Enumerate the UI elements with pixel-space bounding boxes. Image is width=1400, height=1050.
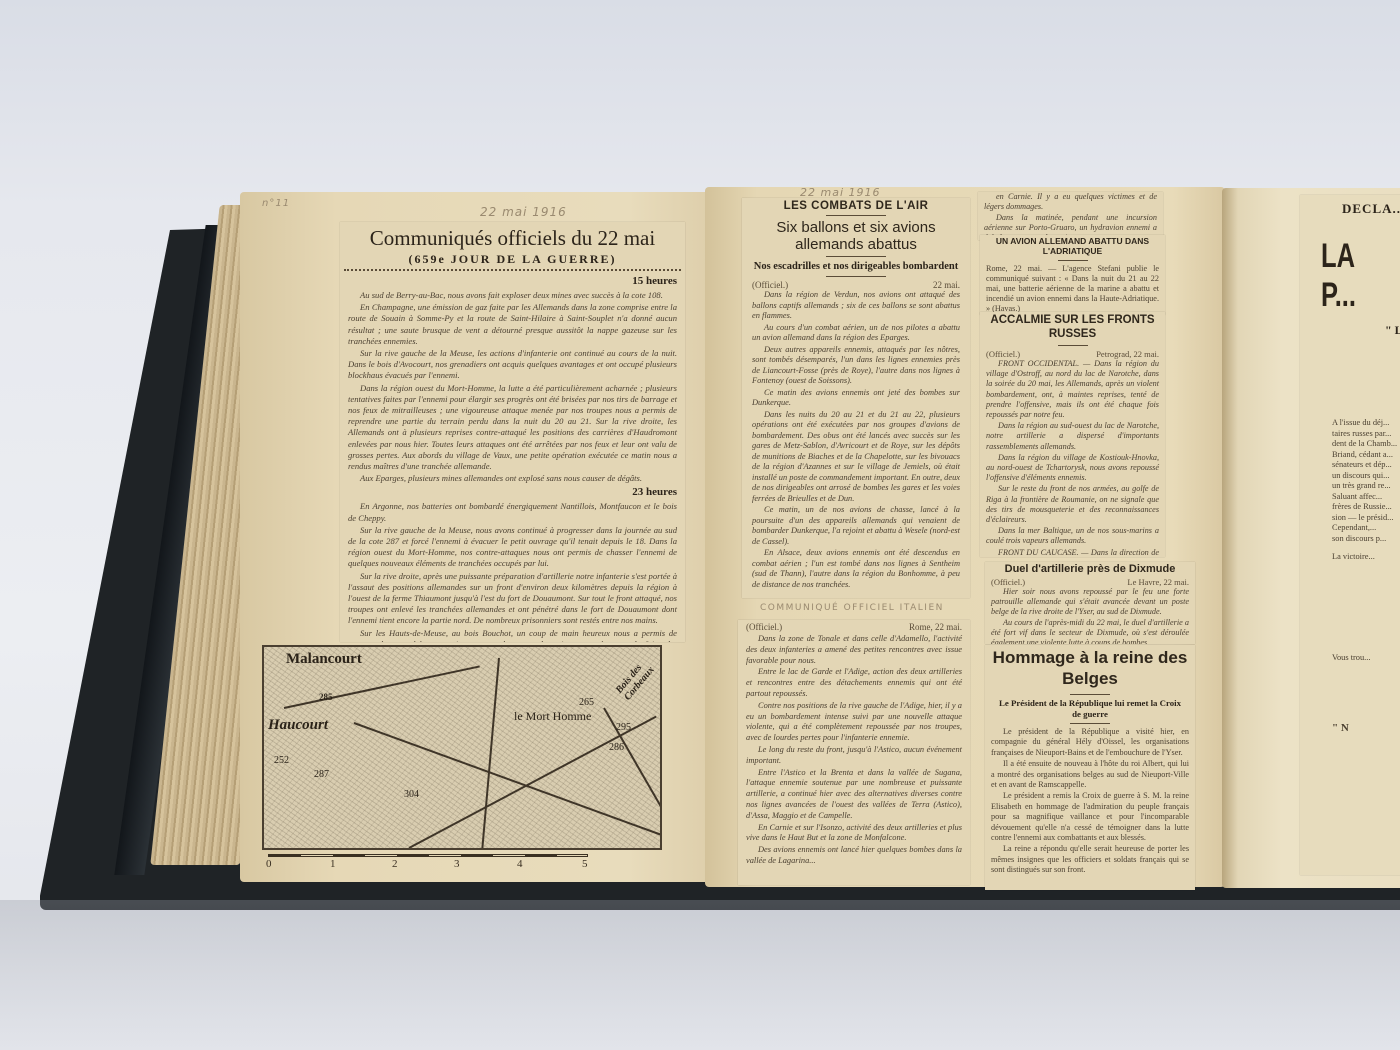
divider	[826, 215, 886, 216]
map-elevation: 295	[616, 722, 631, 733]
divider	[1058, 260, 1088, 261]
article-body: FRONT OCCIDENTAL. — Dans la région du vi…	[980, 359, 1165, 557]
clipping-communiques-officiels: Communiqués officiels du 22 mai (659e JO…	[340, 222, 685, 642]
text-line: " N	[1332, 723, 1400, 734]
map-label-malancourt: Malancourt	[286, 651, 362, 668]
paragraph: Sur le reste du front de nos armées, au …	[986, 484, 1159, 525]
clipping-fragment-top: en Carnie. Il y a eu quelques victimes e…	[978, 192, 1163, 240]
section-15h-body: Au sud de Berry-au-Bac, nous avons fait …	[340, 290, 685, 484]
dateline: (Officiel.) 22 mai.	[742, 280, 970, 290]
map-verdun-sector: Malancourt Haucourt le Mort Homme Bois d…	[262, 645, 662, 850]
headline: Duel d'artillerie près de Dixmude	[985, 562, 1195, 577]
paragraph: Dans la région de Verdun, nos avions ont…	[752, 290, 960, 322]
text-line: Vous trou...	[1332, 653, 1400, 664]
paragraph: Ce matin des avions ennemis ont jeté des…	[752, 388, 960, 409]
text-line: son discours p...	[1332, 534, 1400, 545]
paragraph: Au sud de Berry-au-Bac, nous avons fait …	[348, 290, 677, 301]
scale-tick: 1	[330, 858, 336, 870]
scale-tick: 0	[266, 858, 272, 870]
dateline-date: Petrograd, 22 mai.	[1096, 349, 1159, 359]
paragraph: Ce matin, un de nos avions de chasse, la…	[752, 505, 960, 547]
subheadline: Le Président de la République lui remet …	[985, 698, 1195, 720]
paragraph: Sur la rive gauche de la Meuse, nous avo…	[348, 525, 677, 570]
kicker: LES COMBATS DE L'AIR	[742, 200, 970, 212]
paragraph: Dans la région ouest du Mort-Homme, la l…	[348, 383, 677, 473]
clipping-communique-italien: (Officiel.) Rome, 22 mai. Dans la zone d…	[738, 620, 970, 885]
headline: Hommage à la reine des Belges	[985, 645, 1195, 691]
dateline-date: Le Havre, 22 mai.	[1127, 577, 1189, 587]
divider	[344, 269, 681, 273]
divider	[1070, 723, 1110, 724]
section-time-23h: 23 heures	[340, 486, 677, 498]
dateline: (Officiel.) Le Havre, 22 mai.	[985, 577, 1195, 587]
article-body: Dans la zone de Tonale et dans celle d'A…	[738, 634, 970, 867]
article-body: Hier soir nous avons repoussé par le feu…	[985, 587, 1195, 644]
paragraph: Au cours de l'après-midi du 22 mai, le d…	[991, 618, 1189, 644]
section-time-15h: 15 heures	[340, 275, 677, 287]
paragraph: Sur les Hauts-de-Meuse, au bois Bouchot,…	[348, 628, 677, 642]
clipping-hommage-reine: Hommage à la reine des Belges Le Préside…	[985, 645, 1195, 890]
paragraph: Le président de la République a visité h…	[991, 727, 1189, 758]
text-line: A l'issue du déj...	[1332, 418, 1400, 429]
paragraph: FRONT DU CAUCASE. — Dans la direction de…	[986, 548, 1159, 557]
quote-fragment: " L	[1300, 323, 1400, 338]
scale-tick: 2	[392, 858, 398, 870]
divider	[1058, 345, 1088, 346]
dateline-source: (Officiel.)	[986, 349, 1020, 359]
text-line: sion — le présid...	[1332, 513, 1400, 524]
divider	[826, 256, 886, 257]
text-line: un très grand re...	[1332, 481, 1400, 492]
divider	[826, 276, 886, 277]
map-road	[354, 722, 662, 837]
scrapbook-photo: n°11 22 mai 1916 Communiqués officiels d…	[0, 0, 1400, 1050]
dateline: (Officiel.) Rome, 22 mai.	[738, 620, 970, 634]
clipping-combats-air: LES COMBATS DE L'AIR Six ballons et six …	[742, 198, 970, 598]
paragraph: Dans la zone de Tonale et dans celle d'A…	[746, 634, 962, 666]
dateline: (Officiel.) Petrograd, 22 mai.	[980, 349, 1165, 359]
paragraph: Dans la région au sud-ouest du lac de Na…	[986, 421, 1159, 452]
text-line: Cependant,...	[1332, 523, 1400, 534]
section-23h-body: En Argonne, nos batteries ont bombardé é…	[340, 501, 685, 642]
text-line: La victoire...	[1332, 552, 1400, 563]
paragraph: Dans la région du village de Kostiouk-Hn…	[986, 453, 1159, 484]
paragraph: Entre le lac de Garde et l'Adige, action…	[746, 667, 962, 699]
paragraph: Il a été ensuite de nouveau à l'hôte du …	[991, 759, 1189, 790]
paragraph: Le président a remis la Croix de guerre …	[991, 791, 1189, 843]
map-label-mort-homme: le Mort Homme	[514, 709, 591, 724]
map-elevation: 287	[314, 769, 329, 780]
divider	[1070, 694, 1110, 695]
clipping-declaration: DECLA... LA P... " L A l'issue du déj...…	[1300, 195, 1400, 875]
text-line: dent de la Chamb...	[1332, 439, 1400, 450]
text-line: Briand, cédant a...	[1332, 450, 1400, 461]
paragraph: Hier soir nous avons repoussé par le feu…	[991, 587, 1189, 617]
map-elevation: 265	[579, 697, 594, 708]
map-elevation: 304	[404, 789, 419, 800]
paragraph: En Champagne, une émission de gaz faite …	[348, 302, 677, 347]
headline: Six ballons et six avions allemands abat…	[742, 219, 970, 253]
paragraph: Le long du reste du front, jusqu'à l'Ast…	[746, 745, 962, 767]
article-body: en Carnie. Il y a eu quelques victimes e…	[978, 192, 1163, 240]
headline: UN AVION ALLEMAND ABATTU DANS L'ADRIATIQ…	[980, 235, 1165, 257]
article-body: Dans la région de Verdun, nos avions ont…	[742, 290, 970, 590]
map-road	[481, 658, 500, 850]
paragraph: Des avions ennemis ont lancé hier quelqu…	[746, 845, 962, 867]
paragraph: En Argonne, nos batteries ont bombardé é…	[348, 501, 677, 523]
clipping-fronts-russes: ACCALMIE SUR LES FRONTS RUSSES (Officiel…	[980, 312, 1165, 557]
map-elevation: 252	[274, 755, 289, 766]
paragraph: La reine a répondu qu'elle serait heureu…	[991, 844, 1189, 875]
text-line: taires russes par...	[1332, 429, 1400, 440]
map-elevation: 286	[609, 742, 624, 753]
dateline-date: 22 mai.	[933, 280, 960, 290]
paragraph: Entre l'Astico et la Brenta et dans la v…	[746, 768, 962, 822]
paragraph: Contre nos positions de la rive gauche d…	[746, 701, 962, 744]
article-body: Rome, 22 mai. — L'agence Stefani publie …	[980, 264, 1165, 314]
table-surface-shadow	[0, 900, 1400, 1050]
scale-tick: 4	[517, 858, 523, 870]
paragraph: Sur la rive droite, après une puissante …	[348, 571, 677, 627]
text-line: sénateurs et dép...	[1332, 460, 1400, 471]
clipping-avion-adriatique: UN AVION ALLEMAND ABATTU DANS L'ADRIATIQ…	[980, 235, 1165, 315]
text-line: un discours qui...	[1332, 471, 1400, 482]
clipping-subtitle: (659e JOUR DE LA GUERRE)	[340, 252, 685, 267]
headline: ACCALMIE SUR LES FRONTS RUSSES	[980, 312, 1165, 342]
clipping-title: Communiqués officiels du 22 mai	[340, 226, 685, 251]
paragraph: Au cours d'un combat aérien, un de nos p…	[752, 323, 960, 344]
paragraph: Deux autres appareils ennemis, attaqués …	[752, 345, 960, 387]
paragraph: Dans la mer Baltique, un de nos sous-mar…	[986, 526, 1159, 546]
scale-tick: 5	[582, 858, 588, 870]
text-line: frères de Russie...	[1332, 502, 1400, 513]
dateline-date: Rome, 22 mai.	[909, 622, 962, 632]
dateline-source: (Officiel.)	[752, 280, 788, 290]
map-scale-bar: 0 1 2 3 4 5	[262, 852, 662, 880]
kicker: DECLA...	[1300, 201, 1400, 217]
article-body: Le président de la République a visité h…	[985, 727, 1195, 876]
paragraph: Dans les nuits du 20 au 21 et du 21 au 2…	[752, 410, 960, 505]
article-body: A l'issue du déj... taires russes par...…	[1300, 338, 1400, 734]
paragraph: En Alsace, deux avions ennemis ont été d…	[752, 548, 960, 590]
clipping-duel-dixmude: Duel d'artillerie près de Dixmude (Offic…	[985, 562, 1195, 644]
paragraph: En Carnie et sur l'Isonzo, activité des …	[746, 823, 962, 845]
map-label-haucourt: Haucourt	[268, 717, 328, 734]
handwritten-note-italian: COMMUNIQUÉ OFFICIEL ITALIEN	[760, 603, 944, 613]
map-elevation: 285	[319, 692, 333, 702]
handwritten-date-left: 22 mai 1916	[480, 205, 567, 219]
scale-bar-line	[268, 854, 588, 857]
text-line: Saluant affec...	[1332, 492, 1400, 503]
subheadline: Nos escadrilles et nos dirigeables bomba…	[742, 260, 970, 273]
scale-tick: 3	[454, 858, 460, 870]
map-road	[284, 665, 480, 709]
paragraph: Aux Eparges, plusieurs mines allemandes …	[348, 473, 677, 484]
map-label-bois-corbeaux: Bois des Corbeaux	[614, 653, 660, 702]
dateline-source: (Officiel.)	[991, 577, 1025, 587]
paragraph: en Carnie. Il y a eu quelques victimes e…	[984, 192, 1157, 212]
dateline-source: (Officiel.)	[746, 622, 782, 632]
paragraph: Sur la rive gauche de la Meuse, les acti…	[348, 348, 677, 382]
headline: LA P...	[1300, 237, 1390, 315]
page-corner-note: n°11	[262, 198, 290, 209]
paragraph: FRONT OCCIDENTAL. — Dans la région du vi…	[986, 359, 1159, 420]
